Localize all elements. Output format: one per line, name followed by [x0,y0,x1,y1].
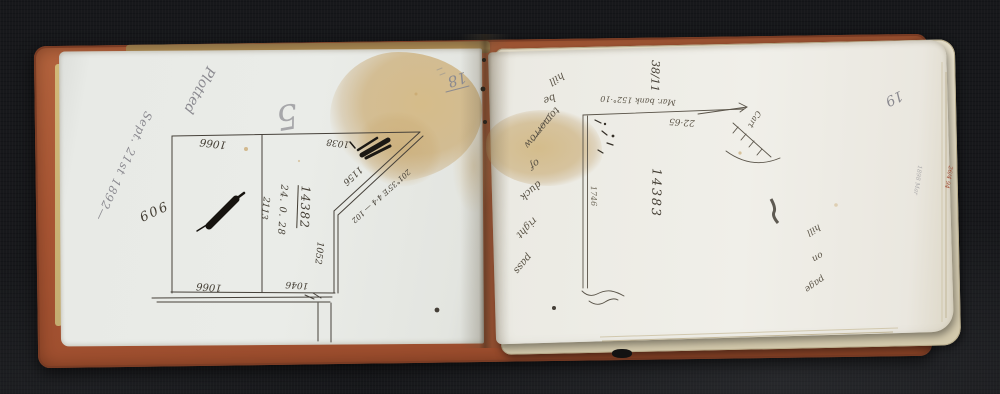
cover-frayed-notch [612,349,632,358]
label-side-right: 1052 [312,241,323,265]
left-page [59,49,484,347]
label-lot-number-right: 14383 [649,168,662,218]
label-side-left: 1746 [589,186,597,206]
label-chainage: 2113 [258,196,270,220]
label-lot-number-left: 14382 [296,185,311,229]
folio-note: 38/11 [649,60,661,92]
label-road-chainage: 1038 [326,136,350,148]
photo-scene: Plotted Sept. 21st 1892— 5 18 1066 909 2… [0,0,1000,394]
page-number-left: 18 [446,69,469,89]
label-top-measure: 22·65 [669,116,695,127]
label-width-bottom-left: 1066 [196,280,222,292]
label-width-top: 1066 [199,136,227,150]
right-page [488,40,954,345]
label-width-bottom-right: 1046 [285,279,308,290]
